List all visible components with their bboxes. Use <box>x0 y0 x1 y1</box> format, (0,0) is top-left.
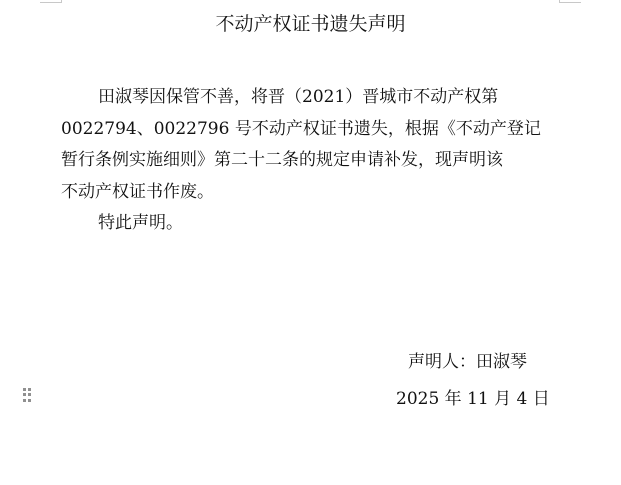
signatory: 声明人：田淑琴 <box>408 347 527 372</box>
page-corner-mark-right <box>559 0 581 3</box>
drag-handle-icon[interactable] <box>23 388 31 402</box>
body-line: 不动产权证书作废。 <box>61 177 561 209</box>
page-corner-mark-left <box>40 0 62 3</box>
declaration-date: 2025 年 11 月 4 日 <box>396 384 550 409</box>
document-title: 不动产权证书遗失声明 <box>0 9 621 36</box>
body-line: 0022794、0022796 号不动产权证书遗失，根据《不动产登记 <box>61 114 561 146</box>
body-line: 暂行条例实施细则》第二十二条的规定申请补发，现声明该 <box>61 145 561 177</box>
body-line: 田淑琴因保管不善，将晋（2021）晋城市不动产权第 <box>61 82 561 114</box>
closing-statement: 特此声明。 <box>61 208 561 240</box>
body-paragraph: 田淑琴因保管不善，将晋（2021）晋城市不动产权第 0022794、002279… <box>61 82 561 240</box>
